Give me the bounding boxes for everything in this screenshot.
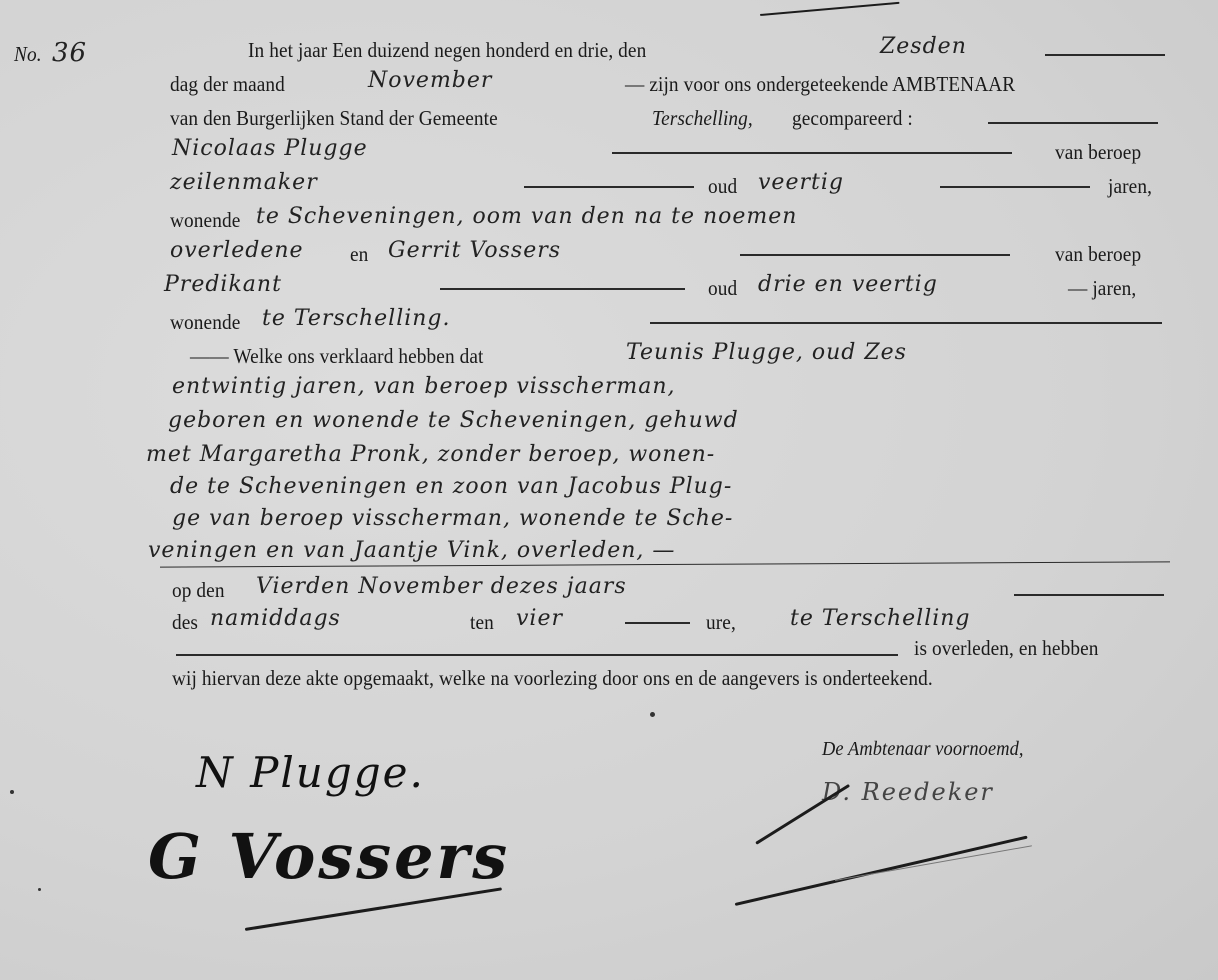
- and-label: en: [350, 242, 368, 267]
- at-label: ten: [470, 610, 494, 635]
- civil-registry-text: van den Burgerlijken Stand der Gemeente: [170, 106, 498, 131]
- years-label: jaren,: [1108, 174, 1152, 199]
- official-signature: D. Reedeker: [822, 778, 994, 806]
- occupation-label: van beroep: [1055, 140, 1141, 165]
- municipality-name: Terschelling,: [652, 106, 753, 131]
- paper-speck: [38, 888, 41, 891]
- death-date: Vierden November dezes jaars: [256, 574, 627, 599]
- fill-line: [650, 322, 1162, 324]
- fill-line: [176, 654, 898, 656]
- official-caption: De Ambtenaar voornoemd,: [822, 738, 1024, 761]
- civil-death-record-page: No. 36 In het jaar Een duizend negen hon…: [0, 0, 1218, 980]
- signature-declarant2: G Vossers: [148, 820, 510, 893]
- month-handwritten: November: [368, 68, 492, 93]
- deceased-line-2: geboren en wonende te Scheveningen, gehu…: [168, 408, 739, 433]
- deceased-line-0: Teunis Plugge, oud Zes: [626, 340, 907, 365]
- age-label: oud: [708, 174, 737, 199]
- record-number-value: 36: [52, 38, 87, 68]
- residence-label: wonende: [170, 208, 240, 233]
- occupation-label: van beroep: [1055, 242, 1141, 267]
- death-place: te Terschelling: [790, 606, 971, 631]
- official-heading-text: — zijn voor ons ondergeteekende AMBTENAA…: [625, 72, 1015, 97]
- death-hour: vier: [516, 606, 563, 631]
- appeared-text: gecompareerd :: [792, 106, 913, 131]
- fill-line: [440, 288, 685, 290]
- declarant2-age: drie en veertig: [758, 272, 938, 297]
- month-label: dag der maand: [170, 72, 285, 97]
- years-label: — jaren,: [1068, 276, 1136, 301]
- fill-line: [612, 152, 1012, 154]
- declarant2-occupation: Predikant: [164, 272, 282, 297]
- declarant2-residence: te Terschelling.: [262, 306, 451, 331]
- time-label: des: [172, 610, 198, 635]
- died-text: is overleden, en hebben: [914, 636, 1099, 661]
- date-label: op den: [172, 578, 225, 603]
- deceased-line-4: de te Scheveningen en zoon van Jacobus P…: [170, 474, 732, 499]
- declarant1-relation: overledene: [170, 238, 304, 263]
- fill-line: [524, 186, 694, 188]
- day-handwritten: Zesden: [880, 34, 967, 59]
- fill-line: [740, 254, 1010, 256]
- declarant1-age: veertig: [758, 170, 844, 195]
- record-number-label: No.: [14, 42, 42, 67]
- fill-line: [1014, 594, 1164, 596]
- deceased-line-6: veningen en van Jaantje Vink, overleden,…: [148, 538, 675, 563]
- official-signature-underline-faint: [835, 845, 1032, 881]
- declarant1-name: Nicolaas Plugge: [172, 136, 368, 161]
- fill-line: [625, 622, 690, 624]
- signature-declarant1: N Plugge.: [196, 748, 425, 797]
- age-label: oud: [708, 276, 737, 301]
- hour-label: ure,: [706, 610, 736, 635]
- fill-line: [1045, 54, 1165, 56]
- statement-printed-text: —— Welke ons verklaard hebben dat: [190, 344, 484, 369]
- deceased-line-3: met Margaretha Pronk, zonder beroep, won…: [146, 442, 715, 467]
- paper-speck: [650, 712, 655, 717]
- residence-label: wonende: [170, 310, 240, 335]
- intro-printed-text: In het jaar Een duizend negen honderd en…: [248, 38, 646, 63]
- declarant1-occupation: zeilenmaker: [170, 170, 318, 195]
- declarant1-residence: te Scheveningen, oom van den na te noeme…: [256, 204, 797, 229]
- fill-line: [940, 186, 1090, 188]
- deceased-line-5: ge van beroep visscherman, wonende te Sc…: [172, 506, 733, 531]
- death-time-of-day: namiddags: [210, 606, 341, 631]
- official-signature-flourish: [755, 784, 850, 845]
- deceased-line-1: entwintig jaren, van beroep visscherman,: [172, 374, 676, 399]
- closing-text: wij hiervan deze akte opgemaakt, welke n…: [172, 666, 933, 691]
- signature2-underline: [245, 887, 502, 931]
- top-pen-stroke: [760, 2, 900, 16]
- declarant2-name: Gerrit Vossers: [388, 238, 561, 263]
- fill-line: [988, 122, 1158, 124]
- paper-speck: [10, 790, 14, 794]
